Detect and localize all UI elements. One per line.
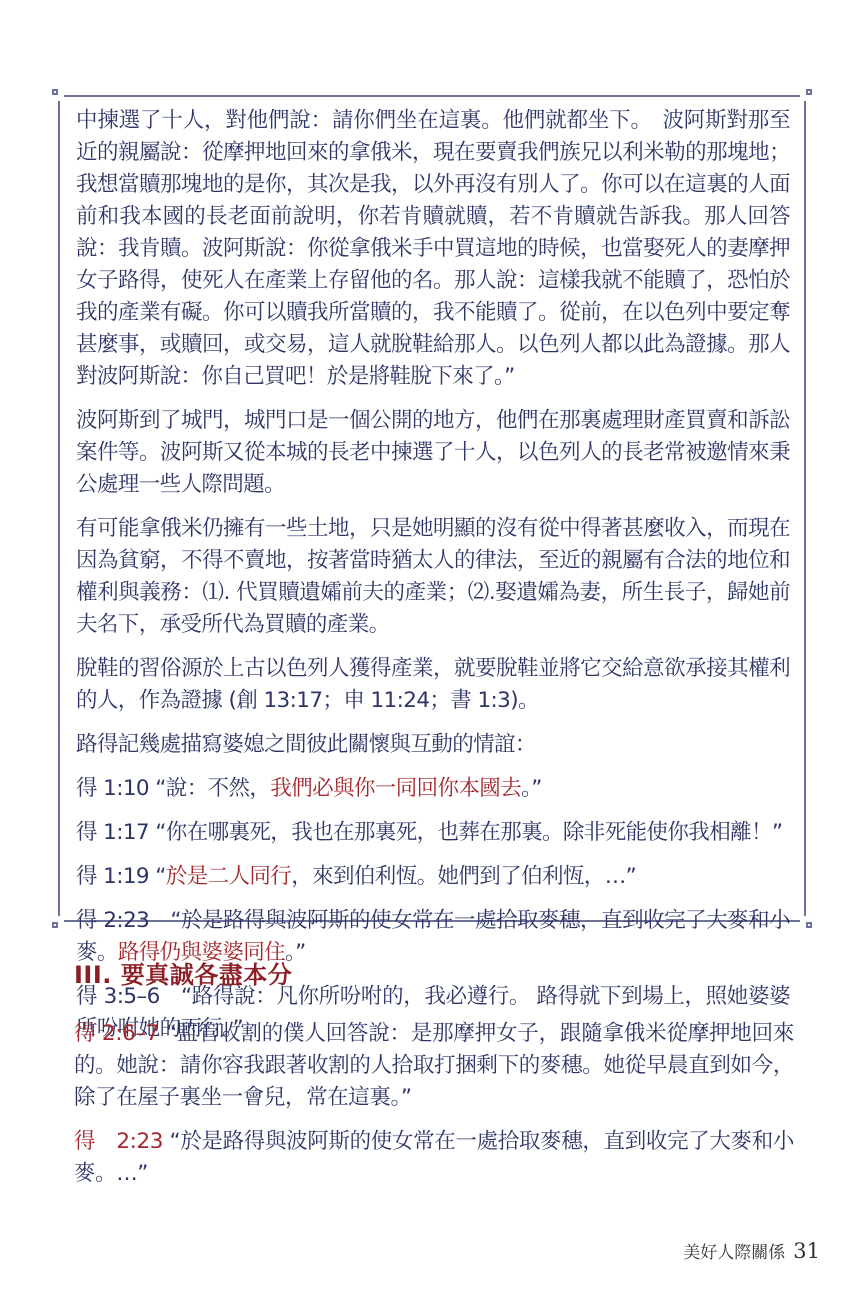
text-segment: ，來到伯利恆。她們到了伯利恆，…”	[291, 864, 636, 889]
paragraph: 得 1:19 “於是二人同行，來到伯利恆。她們到了伯利恆，…”	[76, 861, 790, 893]
text-segment: 得 1:19 “	[76, 864, 166, 889]
page-footer: 美好人際關係31	[683, 1238, 820, 1263]
text-segment: 得 1:10 “說：不然，	[76, 776, 270, 801]
page-number: 31	[793, 1239, 820, 1263]
verse: 得 2:6–7 “監管收割的僕人回答說：是那摩押女子，跟隨拿俄米從摩押地回來的。…	[74, 1018, 794, 1114]
verse-reference: 得 2:23	[74, 1129, 163, 1154]
verse-text: “監管收割的僕人回答說：是那摩押女子，跟隨拿俄米從摩押地回來的。她說：請你容我跟…	[74, 1021, 794, 1110]
highlighted-text: 我們必與你一同回你本國去	[270, 776, 521, 801]
corner-ornament	[800, 89, 812, 101]
quote-box: 中揀選了十人，對他們說：請你們坐在這裏。他們就都坐下。 波阿斯對那至近的親屬說：…	[58, 95, 806, 922]
book-title: 美好人際關係	[683, 1243, 785, 1263]
paragraph: 得 1:10 “說：不然，我們必與你一同回你本國去。”	[76, 773, 790, 805]
paragraph: 有可能拿俄米仍擁有一些土地，只是她明顯的沒有從中得著甚麼收入，而現在因為貧窮，不…	[76, 513, 790, 641]
text-segment: 路得記幾處描寫婆媳之間彼此關懷與互動的情誼：	[76, 732, 536, 757]
section-heading: III. 要真誠各盡本分	[74, 955, 292, 990]
highlighted-text: 於是二人同行	[166, 864, 291, 889]
paragraph: 中揀選了十人，對他們說：請你們坐在這裏。他們就都坐下。 波阿斯對那至近的親屬說：…	[76, 105, 790, 393]
verse-reference: 得 2:6–7	[74, 1021, 159, 1046]
paragraph: 得 1:17 “你在哪裏死，我也在那裏死，也葬在那裏。除非死能使你我相離！”	[76, 817, 790, 849]
verse-text: “於是路得與波阿斯的使女常在一處拾取麥穗，直到收完了大麥和小麥。…”	[74, 1129, 794, 1186]
text-segment: 有可能拿俄米仍擁有一些土地，只是她明顯的沒有從中得著甚麼收入，而現在因為貧窮，不…	[76, 516, 790, 637]
paragraph: 波阿斯到了城門，城門口是一個公開的地方，他們在那裏處理財產買賣和訴訟案件等。波阿…	[76, 405, 790, 501]
box-content: 中揀選了十人，對他們說：請你們坐在這裏。他們就都坐下。 波阿斯對那至近的親屬說：…	[76, 105, 790, 1057]
corner-ornament	[800, 916, 812, 928]
paragraph: 路得記幾處描寫婆媳之間彼此關懷與互動的情誼：	[76, 729, 790, 761]
text-segment: 中揀選了十人，對他們說：請你們坐在這裏。他們就都坐下。 波阿斯對那至近的親屬說：…	[76, 108, 790, 389]
text-segment: 脫鞋的習俗源於上古以色列人獲得產業，就要脫鞋並將它交給意欲承接其權利的人，作為證…	[76, 656, 790, 713]
corner-ornament	[52, 916, 64, 928]
verse-list: 得 2:6–7 “監管收割的僕人回答說：是那摩押女子，跟隨拿俄米從摩押地回來的。…	[74, 1018, 794, 1202]
verse: 得 2:23 “於是路得與波阿斯的使女常在一處拾取麥穗，直到收完了大麥和小麥。……	[74, 1126, 794, 1190]
paragraph: 脫鞋的習俗源於上古以色列人獲得產業，就要脫鞋並將它交給意欲承接其權利的人，作為證…	[76, 653, 790, 717]
text-segment: 得 1:17 “你在哪裏死，我也在那裏死，也葬在那裏。除非死能使你我相離！”	[76, 820, 782, 845]
corner-ornament	[52, 89, 64, 101]
text-segment: 。”	[521, 776, 542, 801]
text-segment: 波阿斯到了城門，城門口是一個公開的地方，他們在那裏處理財產買賣和訴訟案件等。波阿…	[76, 408, 790, 497]
